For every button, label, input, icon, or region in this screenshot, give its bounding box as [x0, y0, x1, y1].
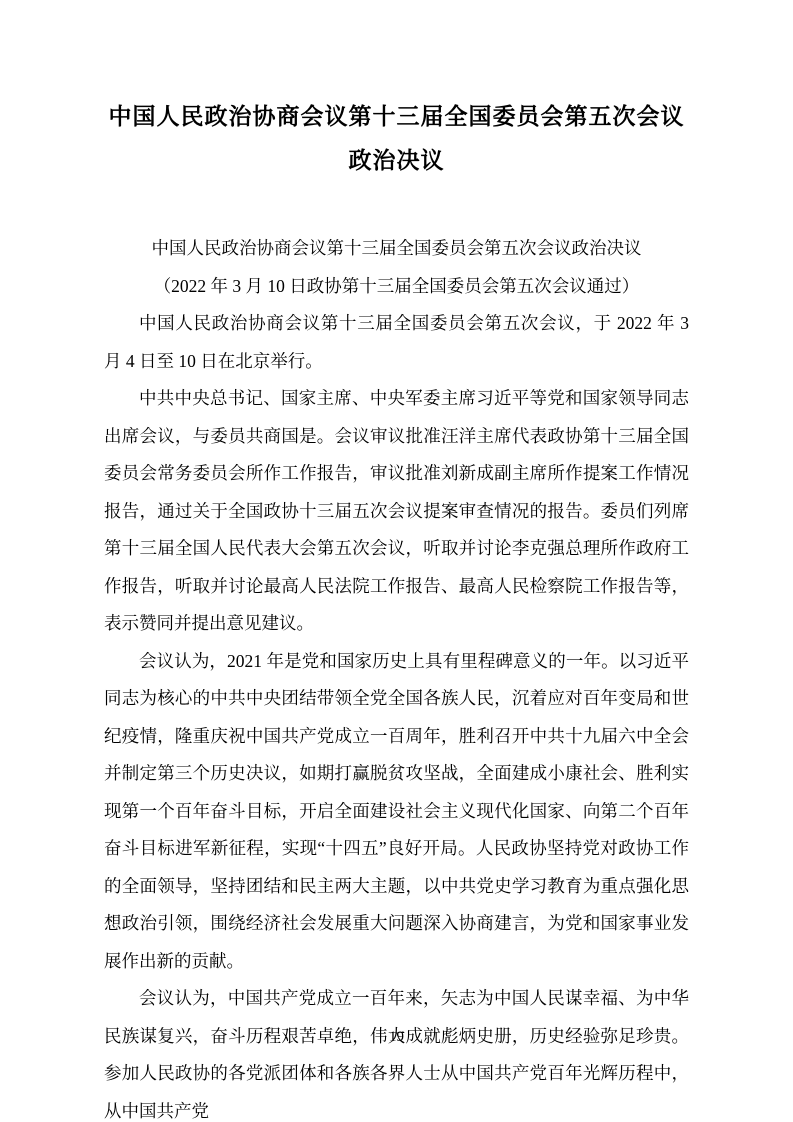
paragraph-1: 中国人民政治协商会议第十三届全国委员会第五次会议，于 2022 年 3 月 4 … [104, 305, 689, 380]
document-page: 中国人民政治协商会议第十三届全国委员会第五次会议 政治决议 中国人民政治协商会议… [0, 0, 793, 1122]
page-number: 19 [0, 1026, 793, 1048]
document-title-line-1: 中国人民政治协商会议第十三届全国委员会第五次会议 [104, 94, 689, 138]
document-body: 中国人民政治协商会议第十三届全国委员会第五次会议政治决议 （2022 年 3 月… [104, 230, 689, 1122]
adoption-date-line: （2022 年 3 月 10 日政协第十三届全国委员会第五次会议通过） [104, 268, 689, 306]
document-title-line-2: 政治决议 [104, 138, 689, 182]
paragraph-2: 中共中央总书记、国家主席、中央军委主席习近平等党和国家领导同志出席会议，与委员共… [104, 380, 689, 643]
document-subtitle: 中国人民政治协商会议第十三届全国委员会第五次会议政治决议 [104, 230, 689, 268]
paragraph-4: 会议认为，中国共产党成立一百年来，矢志为中国人民谋幸福、为中华民族谋复兴，奋斗历… [104, 980, 689, 1122]
paragraph-3: 会议认为，2021 年是党和国家历史上具有里程碑意义的一年。以习近平同志为核心的… [104, 643, 689, 981]
document-title: 中国人民政治协商会议第十三届全国委员会第五次会议 政治决议 [104, 94, 689, 182]
